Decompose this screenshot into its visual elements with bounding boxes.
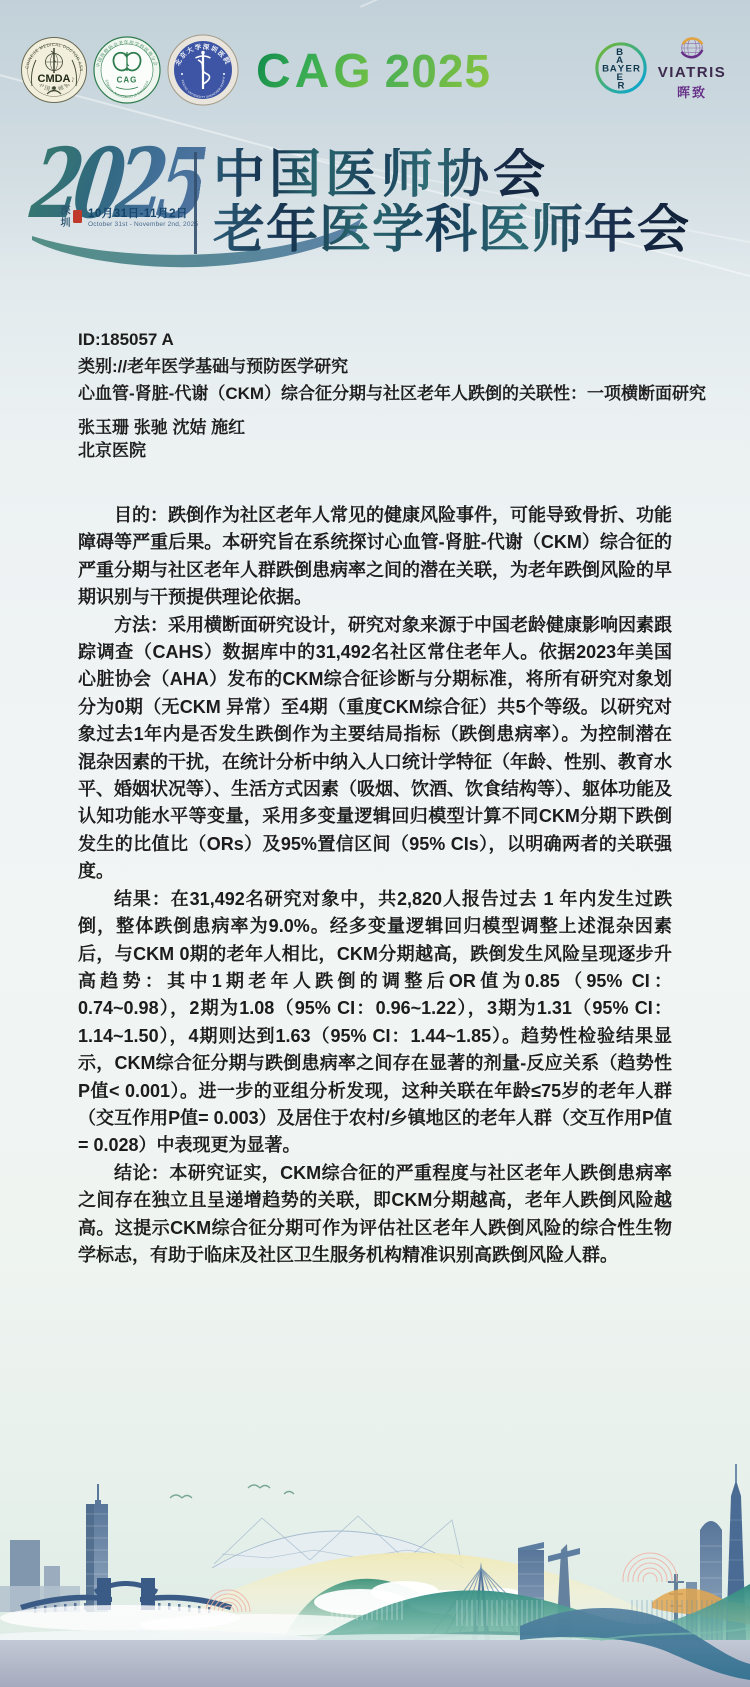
abstract-meta: ID:185057 A 类别://老年医学基础与预防医学研究 心血管-肾脏-代谢… <box>78 326 706 407</box>
background-streak-line <box>360 0 750 7</box>
abstract-conclusion-paragraph: 结论：本研究证实，CKM综合征的严重程度与社区老年人跌倒患病率之间存在独立且呈递… <box>78 1160 672 1270</box>
abstract-objective-paragraph: 目的：跌倒作为社区老年人常见的健康风险事件，可能导致骨折、功能障碍等严重后果。本… <box>78 502 672 612</box>
banner-date-cn: 10月31日-11月2日 <box>88 205 188 221</box>
abstract-methods-paragraph: 方法：采用横断面研究设计，研究对象来源于中国老龄健康影响因素跟踪调查（CAHS）… <box>78 612 672 886</box>
pku-shenzhen-hospital-logo: 北京大学深圳医院 PEKING UNIVERSITY SHENZHEN HOSP… <box>166 33 240 107</box>
abstract-title: 心血管-肾脏-代谢（CKM）综合征分期与社区老年人跌倒的关联性：一项横断面研究 <box>78 380 706 407</box>
comb-texture <box>330 1592 405 1620</box>
event-logo-cag-text: CAG <box>256 44 375 99</box>
event-logo-year-text: 2025 <box>385 44 491 98</box>
viatris-logo: VIATRIS 晖致 <box>652 34 732 101</box>
cmda-abbr-text: CMDA <box>38 73 71 85</box>
left-towers <box>0 1484 108 1612</box>
viatris-globe-icon <box>678 34 706 62</box>
banner-date-en: October 31st - November 2nd, 2025 <box>88 221 198 228</box>
shenzhen-skyline-illustration <box>0 1450 750 1687</box>
abstract-results-paragraph: 结果：在31,492名研究对象中，共2,820人报告过去 1 年内发生过跌倒，整… <box>78 886 672 1160</box>
bottom-lavender-band <box>0 1640 750 1687</box>
shenzhen-seal-icon <box>73 210 82 223</box>
cmda-logo: CHINESE MEDICAL DOCTOR ASSOCIATION 中国医师协… <box>20 36 88 104</box>
conference-title-line1: 中国医师协会 <box>213 148 549 202</box>
abstract-authors: 张玉珊 张驰 沈姞 施红 <box>78 416 245 439</box>
bayer-logo: BAYER B A E R <box>594 41 648 95</box>
abstract-category: 类别://老年医学基础与预防医学研究 <box>78 353 706 380</box>
abstract-affiliation: 北京医院 <box>78 439 245 462</box>
birds-icon <box>170 1485 294 1498</box>
cag-abbr-text: CAG <box>117 76 138 85</box>
abstract-body: 目的：跌倒作为社区老年人常见的健康风险事件，可能导致骨折、功能障碍等严重后果。本… <box>78 502 672 1269</box>
event-logo-cag2025: CAG 2025 <box>256 44 491 99</box>
poster-root: CHINESE MEDICAL DOCTOR ASSOCIATION 中国医师协… <box>0 0 750 1687</box>
abstract-author-block: 张玉珊 张驰 沈姞 施红 北京医院 <box>78 416 245 462</box>
viatris-wordmark: VIATRIS <box>658 64 727 81</box>
banner-divider <box>194 152 197 254</box>
abstract-id: ID:185057 A <box>78 326 706 353</box>
conference-title-line2: 老年医学科医师年会 <box>213 203 690 257</box>
viatris-chinese-name: 晖致 <box>677 82 707 101</box>
cag-association-logo: 中国医师协会老年医学科医师分会 Chinese Association of G… <box>92 35 162 105</box>
banner-city-label: 深圳 <box>56 205 71 229</box>
